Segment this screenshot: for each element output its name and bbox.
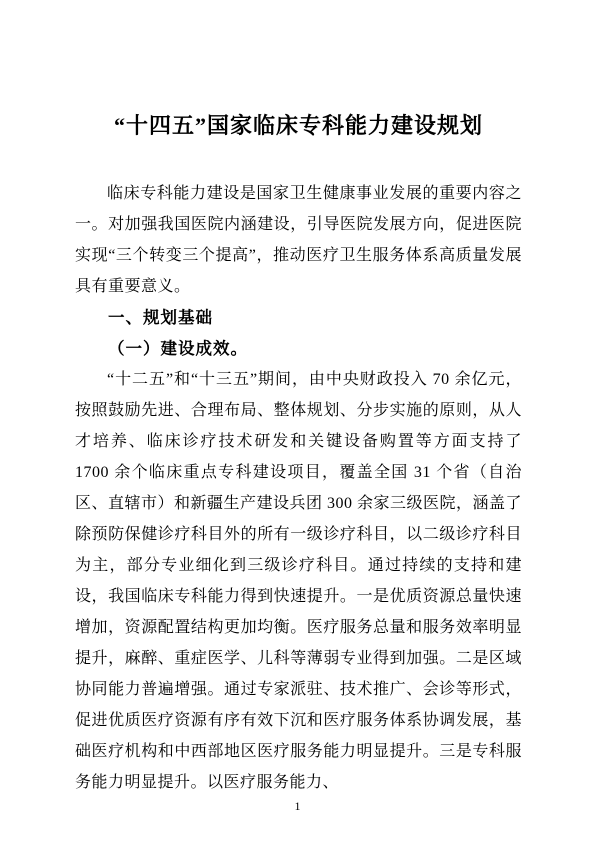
paragraph-achievements: “十二五”和“十三五”期间，由中央财政投入 70 余亿元，按照鼓励先进、合理布局…	[75, 364, 522, 798]
paragraph-intro: 临床专科能力建设是国家卫生健康事业发展的重要内容之一。对加强我国医院内涵建设，引…	[75, 178, 522, 302]
document-title: “十四五”国家临床专科能力建设规划	[75, 0, 522, 142]
document-content: “十四五”国家临床专科能力建设规划 临床专科能力建设是国家卫生健康事业发展的重要…	[75, 0, 522, 798]
document-page: “十四五”国家临床专科能力建设规划 临床专科能力建设是国家卫生健康事业发展的重要…	[0, 0, 595, 842]
section-heading-planning-basis: 一、规划基础	[75, 302, 522, 333]
subsection-heading-achievements: （一）建设成效。	[75, 333, 522, 364]
page-number: 1	[0, 798, 595, 814]
